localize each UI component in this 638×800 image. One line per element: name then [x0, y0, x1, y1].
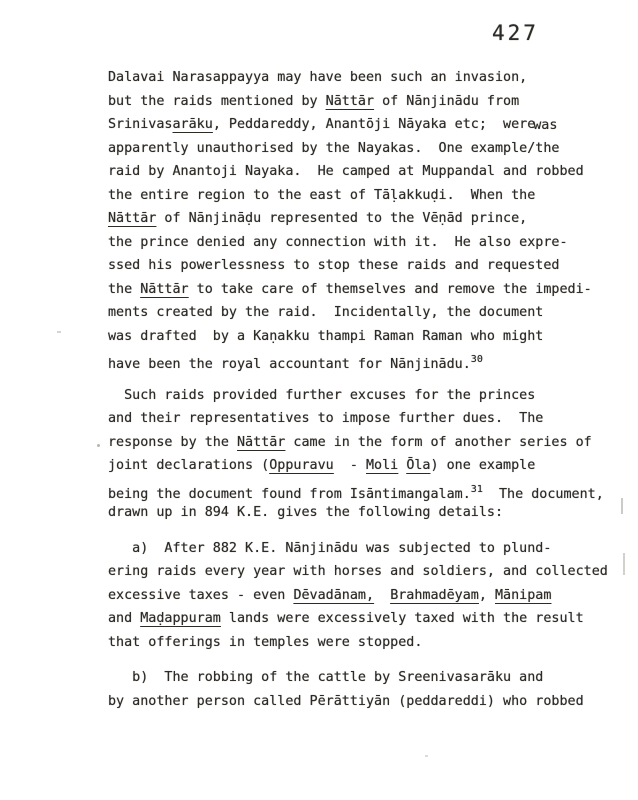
text-segment: have been the royal accountant for Nānji… [108, 357, 471, 372]
text-segment: to take care of themselves and remove th… [189, 282, 592, 297]
text-segment: b) The robbing of the cattle by Sreeniva… [108, 670, 543, 685]
text-line: the entire region to the east of Tāḷakku… [108, 184, 632, 208]
text-segment: Dalavai Narasappayya may have been such … [108, 70, 527, 85]
text-line: but the raids mentioned by Nāttār of Nān… [108, 90, 632, 114]
text-segment: ssed his powerlessness to stop these rai… [108, 258, 559, 273]
text-line: Nāttār of Nānjināḍu represented to the V… [108, 207, 632, 231]
document-text: Dalavai Narasappayya may have been such … [108, 66, 632, 725]
text-line: being the document found from Isāntimang… [108, 478, 632, 502]
underlined-term: Oppuravu [269, 458, 334, 473]
underlined-term: Nāttār [237, 435, 285, 450]
text-line: joint declarations (Oppuravu - Moli Ōla)… [108, 454, 632, 478]
text-line: excessive taxes - even Dēvadānam, Brahma… [108, 584, 632, 608]
scanned-page: 427 Dalavai Narasappayya may have been s… [0, 0, 638, 800]
text-segment: excessive taxes - even [108, 588, 293, 603]
inserted-word-text: was [533, 114, 557, 138]
underlined-term: Nāttār [108, 211, 156, 226]
text-line: ering raids every year with horses and s… [108, 560, 632, 584]
text-segment: being the document found from Isāntimang… [108, 487, 471, 502]
text-line: was drafted by a Kaṇakku thampi Raman Ra… [108, 325, 632, 349]
text-segment: the [108, 282, 140, 297]
text-segment: lands were excessively taxed with the re… [221, 611, 584, 626]
text-segment: ) one example [431, 458, 536, 473]
page-number: 427 [492, 21, 539, 45]
text-segment: - [334, 458, 366, 473]
text-segment: the entire region to the east of Tāḷakku… [108, 188, 535, 203]
text-segment: drawn up in 894 K.E. gives the following… [108, 505, 503, 520]
text-line: Such raids provided further excuses for … [108, 384, 632, 408]
underlined-term: Moli [366, 458, 398, 473]
footnote-ref: 30 [471, 354, 483, 365]
paragraph: a) After 882 K.E. Nānjinādu was subjecte… [108, 537, 632, 655]
text-segment: of Nānjināḍu represented to the Vēṇād pr… [156, 211, 527, 226]
paragraph: Such raids provided further excuses for … [108, 384, 632, 525]
text-line: that offerings in temples were stopped. [108, 631, 632, 655]
text-segment: and [108, 611, 140, 626]
text-line: drawn up in 894 K.E. gives the following… [108, 501, 632, 525]
text-segment: a) After 882 K.E. Nānjinādu was subjecte… [108, 541, 551, 556]
text-segment: response by the [108, 435, 237, 450]
scan-artifact [57, 331, 61, 333]
text-line: and their representatives to impose furt… [108, 407, 632, 431]
footnote-ref: 31 [471, 484, 483, 495]
text-line: b) The robbing of the cattle by Sreeniva… [108, 666, 632, 690]
underlined-term: Maḍappuram [140, 611, 221, 626]
text-line: the Nāttār to take care of themselves an… [108, 278, 632, 302]
underlined-term: Ōla [406, 458, 430, 473]
text-line: by another person called Pērāttiyān (ped… [108, 690, 632, 714]
text-segment: of Nānjinādu from [374, 94, 519, 109]
text-line: ments created by the raid. Incidentally,… [108, 301, 632, 325]
paragraph: b) The robbing of the cattle by Sreeniva… [108, 666, 632, 713]
text-line: a) After 882 K.E. Nānjinādu was subjecte… [108, 537, 632, 561]
text-segment: raid by Anantoji Nayaka. He camped at Mu… [108, 164, 584, 179]
text-segment: , Peddareddy, Anantōji Nāyaka etc; were [213, 117, 535, 132]
text-segment: joint declarations ( [108, 458, 269, 473]
text-segment: Srinivas [108, 117, 173, 132]
scan-artifact [621, 498, 623, 514]
text-line: raid by Anantoji Nayaka. He camped at Mu… [108, 160, 632, 184]
text-segment: came in the form of another series of [285, 435, 591, 450]
underlined-term: Mānipam [495, 588, 551, 603]
paragraph: Dalavai Narasappayya may have been such … [108, 66, 632, 372]
underlined-term: Nāttār [140, 282, 188, 297]
text-line: response by the Nāttār came in the form … [108, 431, 632, 455]
text-segment: , [479, 588, 495, 603]
text-segment: The document, [483, 487, 604, 502]
underlined-term: Brahmadēyam [390, 588, 479, 603]
text-line: and Maḍappuram lands were excessively ta… [108, 607, 632, 631]
text-segment: and their representatives to impose furt… [108, 411, 543, 426]
underlined-term: arāku [173, 117, 213, 132]
text-segment: but the raids mentioned by [108, 94, 326, 109]
text-segment: was drafted by a Kaṇakku thampi Raman Ra… [108, 329, 543, 344]
scan-artifact [425, 755, 428, 757]
text-segment [374, 588, 390, 603]
text-segment: that offerings in temples were stopped. [108, 635, 422, 650]
text-line: apparently unauthorised by the Nayakas. … [108, 137, 632, 161]
text-segment: the prince denied any connection with it… [108, 235, 568, 250]
text-segment: by another person called Pērāttiyān (ped… [108, 694, 584, 709]
text-segment: Such raids provided further excuses for … [108, 388, 535, 403]
underlined-term: Dēvadānam, [293, 588, 374, 603]
underlined-term: Nāttār [326, 94, 374, 109]
text-line: Dalavai Narasappayya may have been such … [108, 66, 632, 90]
text-segment: ering raids every year with horses and s… [108, 564, 608, 579]
text-segment: ments created by the raid. Incidentally,… [108, 305, 543, 320]
scan-artifact [623, 553, 625, 575]
text-segment: /the [527, 141, 559, 156]
scan-artifact [97, 444, 100, 447]
text-segment: apparently unauthorised by the Nayakas. … [108, 141, 527, 156]
text-line: ssed his powerlessness to stop these rai… [108, 254, 632, 278]
text-line: have been the royal accountant for Nānji… [108, 348, 632, 372]
text-line: the prince denied any connection with it… [108, 231, 632, 255]
